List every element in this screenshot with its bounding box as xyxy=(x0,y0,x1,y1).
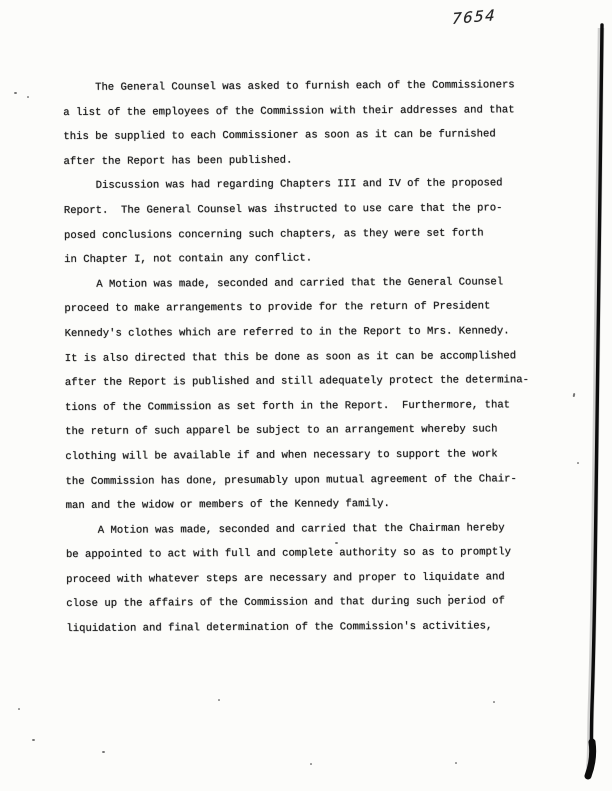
scan-speck xyxy=(577,462,579,464)
scan-speck xyxy=(573,393,575,397)
scan-speck xyxy=(310,763,312,765)
document-body: The General Counsel was asked to furnish… xyxy=(63,73,544,642)
scan-speck xyxy=(335,542,338,544)
text-line: man and the widow or members of the Kenn… xyxy=(66,491,544,519)
text-line: A Motion was made, seconded and carried … xyxy=(66,516,544,544)
text-line: liquidation and final determination of t… xyxy=(66,614,544,642)
text-line: after the Report has been published. xyxy=(63,147,541,175)
scan-speck xyxy=(32,739,35,741)
text-line: proceed to make arrangements to provide … xyxy=(64,294,542,322)
text-line: the Commission has done, presumably upon… xyxy=(65,467,543,495)
scan-speck xyxy=(102,751,105,753)
text-line: proceed with whatever steps are necessar… xyxy=(66,565,544,593)
text-line: The General Counsel was asked to furnish… xyxy=(63,73,541,101)
scan-speck xyxy=(18,708,20,710)
text-line: A Motion was made, seconded and carried … xyxy=(64,270,542,298)
page-number: 7654 xyxy=(452,6,497,28)
text-line: Report. The General Counsel was instruct… xyxy=(64,196,542,224)
text-line: the return of such apparel be subject to… xyxy=(65,417,543,445)
scan-speck xyxy=(14,92,17,94)
scanned-document-page: 7654 The General Counsel was asked to fu… xyxy=(0,0,612,791)
scan-speck xyxy=(27,96,29,98)
text-line: It is also directed that this be done as… xyxy=(65,344,543,372)
scan-speck xyxy=(455,762,457,764)
text-line: close up the affairs of the Commission a… xyxy=(66,590,544,618)
scan-speck xyxy=(493,701,495,703)
text-line: Kennedy's clothes which are referred to … xyxy=(65,319,543,347)
scan-speck xyxy=(448,594,450,596)
text-line: this be supplied to each Commissioner as… xyxy=(63,122,541,150)
text-line: Discussion was had regarding Chapters II… xyxy=(64,171,542,199)
text-line: tions of the Commission as set forth in … xyxy=(65,393,543,421)
text-line: clothing will be available if and when n… xyxy=(65,442,543,470)
text-line: posed conclusions concerning such chapte… xyxy=(64,221,542,249)
scan-speck xyxy=(218,699,220,701)
text-line: a list of the employees of the Commissio… xyxy=(63,98,541,126)
text-line: after the Report is published and still … xyxy=(65,368,543,396)
text-line: be appointed to act with full and comple… xyxy=(66,540,544,568)
text-line: in Chapter I, not contain any conflict. xyxy=(64,245,542,273)
